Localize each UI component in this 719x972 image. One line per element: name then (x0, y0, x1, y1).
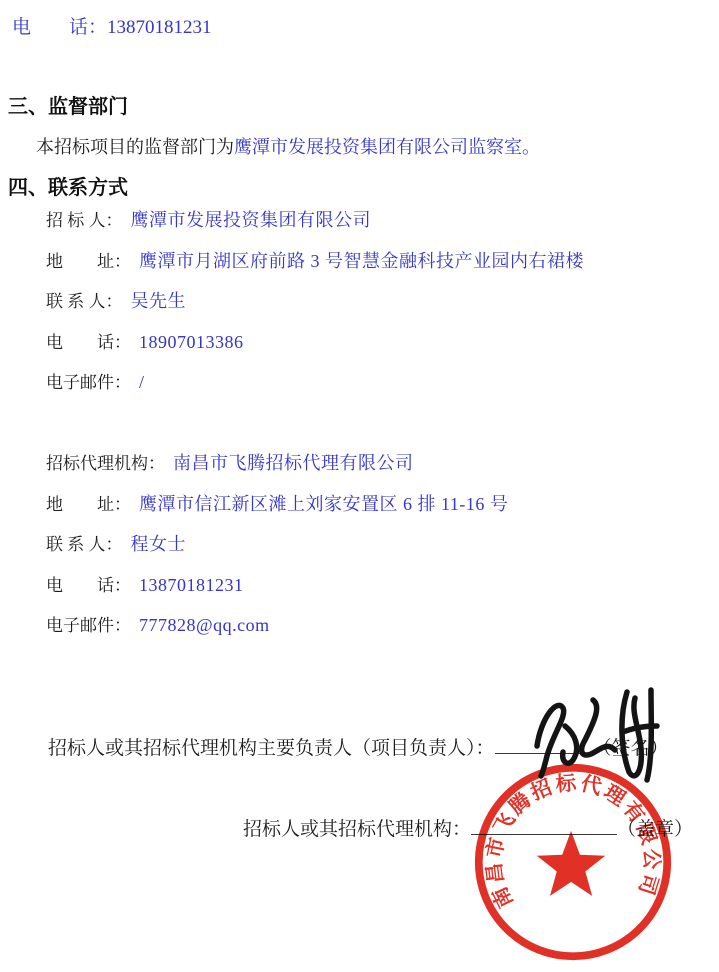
tenderer-contact-block: 招 标 人：鹰潭市发展投资集团有限公司 地 址：鹰潭市月湖区府前路 3 号智慧金… (46, 206, 584, 409)
row-value: 鹰潭市月湖区府前路 3 号智慧金融科技产业园内右裙楼 (131, 251, 584, 271)
supervision-department-name: 鹰潭市发展投资集团有限公司监察室 (234, 137, 522, 157)
signature-stroke (537, 705, 564, 776)
row-label: 联 系 人： (46, 535, 123, 554)
contact-row-agency-address: 地 址：鹰潭市信江新区滩上刘家安置区 6 排 11-16 号 (46, 490, 508, 531)
contact-row-agency-phone: 电 话：13870181231 (46, 571, 508, 612)
row-value: 777828@qq.com (131, 615, 270, 635)
row-value: 13870181231 (131, 575, 244, 595)
contact-row-agency-person: 联 系 人：程女士 (46, 530, 508, 571)
row-label: 招 标 人： (46, 211, 123, 230)
contact-row-tenderer-phone: 电 话：18907013386 (46, 328, 584, 369)
contact-row-agency-name: 招标代理机构：南昌市飞腾招标代理有限公司 (46, 449, 508, 490)
company-seal-stamp: 南昌市飞腾招标代理有限公司 (471, 759, 675, 965)
row-value: 鹰潭市发展投资集团有限公司 (123, 210, 372, 230)
row-label: 电 话： (46, 333, 131, 352)
carryover-phone-label: 电 话： (12, 17, 107, 38)
responsible-sign-label: 招标人或其招标代理机构主要负责人（项目负责人）： (48, 738, 495, 759)
row-value: 程女士 (123, 534, 187, 554)
supervision-text-suffix: 。 (522, 137, 540, 157)
section-heading-contact: 四、联系方式 (8, 171, 128, 200)
carryover-phone-row: 电 话：13870181231 (12, 12, 212, 39)
signature-stroke (563, 726, 577, 763)
row-value: / (131, 372, 145, 392)
signature-stroke (582, 700, 615, 755)
contact-row-agency-email: 电子邮件：777828@qq.com (46, 611, 508, 652)
contact-row-tenderer-address: 地 址：鹰潭市月湖区府前路 3 号智慧金融科技产业园内右裙楼 (46, 247, 584, 288)
section-heading-supervision: 三、监督部门 (8, 90, 128, 119)
contact-row-tenderer-person: 联 系 人：吴先生 (46, 287, 584, 328)
handwritten-signature (527, 684, 669, 788)
row-label: 电子邮件： (46, 616, 131, 635)
org-seal-label: 招标人或其招标代理机构： (243, 819, 471, 840)
row-label: 联 系 人： (46, 292, 123, 311)
row-value: 鹰潭市信江新区滩上刘家安置区 6 排 11-16 号 (131, 494, 508, 514)
agency-contact-block: 招标代理机构：南昌市飞腾招标代理有限公司 地 址：鹰潭市信江新区滩上刘家安置区 … (46, 449, 508, 652)
row-value: 南昌市飞腾招标代理有限公司 (165, 453, 414, 473)
row-label: 电 话： (46, 576, 131, 595)
row-label: 电子邮件： (46, 373, 131, 392)
contact-row-tenderer-email: 电子邮件：/ (46, 368, 584, 409)
document-page: 电 话：13870181231 三、监督部门 本招标项目的监督部门为鹰潭市发展投… (0, 0, 719, 972)
row-value: 吴先生 (123, 291, 187, 311)
row-value: 18907013386 (131, 332, 244, 352)
row-label: 招标代理机构： (46, 454, 165, 473)
supervision-text-prefix: 本招标项目的监督部门为 (36, 137, 234, 157)
supervision-paragraph: 本招标项目的监督部门为鹰潭市发展投资集团有限公司监察室。 (36, 133, 540, 159)
carryover-phone-value: 13870181231 (107, 17, 212, 38)
seal-star-icon (537, 831, 605, 896)
row-label: 地 址： (46, 495, 131, 514)
row-label: 地 址： (46, 252, 131, 271)
signature-stroke (647, 690, 651, 780)
contact-row-tenderer-name: 招 标 人：鹰潭市发展投资集团有限公司 (46, 206, 584, 247)
